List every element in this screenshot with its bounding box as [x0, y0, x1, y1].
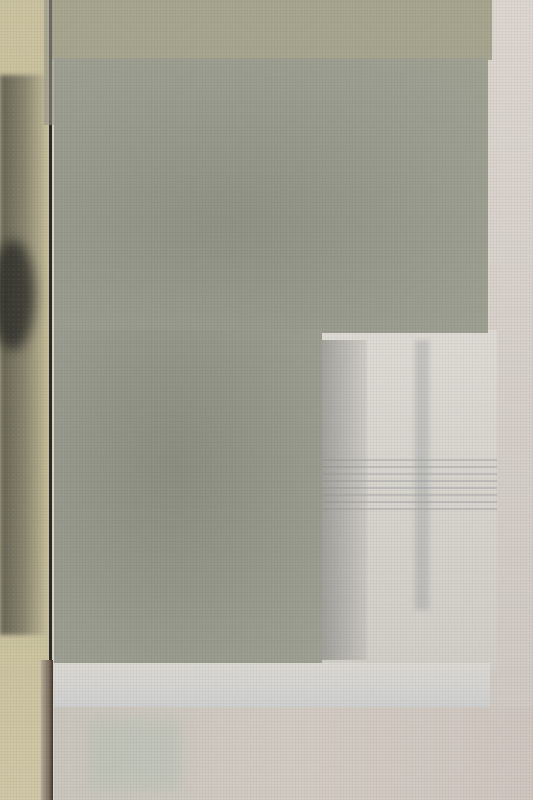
rust-edge [41, 660, 53, 800]
main-gray-green-lower [54, 330, 322, 665]
gray-overlap [322, 340, 367, 660]
artwork-canvas [0, 0, 533, 800]
green-tint [90, 720, 180, 790]
charcoal-smudge [0, 75, 46, 635]
pale-blue-band [54, 663, 490, 707]
pencil-vertical [415, 340, 429, 610]
top-olive-band [52, 0, 492, 60]
main-gray-green-paper [54, 58, 488, 333]
